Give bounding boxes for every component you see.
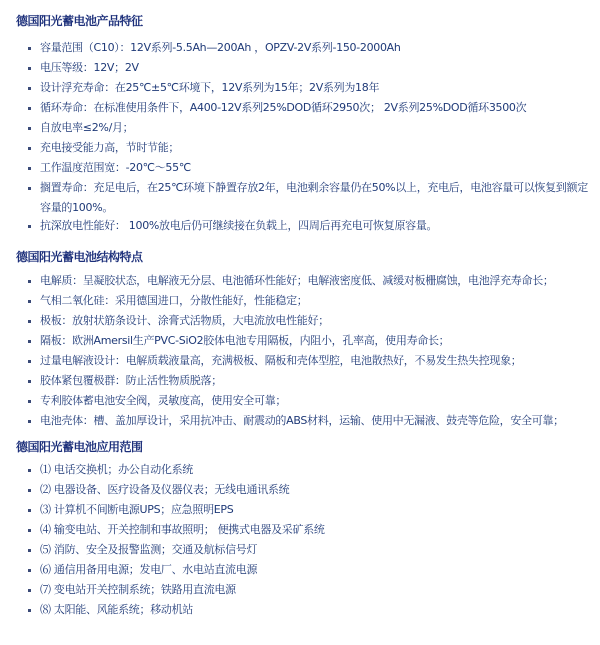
list-item: ⑹ 通信用备用电源；发电厂、水电站直流电源 — [40, 560, 592, 580]
bullet-icon — [28, 340, 31, 343]
bullet-icon — [28, 589, 31, 592]
list-item: 电压等级：12V；2V — [40, 58, 592, 78]
list-item: 电解质：呈凝胶状态，电解液无分层、电池循环性能好；电解液密度低、减缓对板栅腐蚀，… — [40, 271, 592, 291]
list-item: 过量电解液设计：电解质载液量高，充满极板、隔板和壳体型腔，电池散热好，不易发生热… — [40, 351, 592, 371]
bullet-icon — [28, 147, 31, 150]
bullet-icon — [28, 167, 31, 170]
list-item: 电池壳体：槽、盖加厚设计，采用抗冲击、耐震动的ABS材料，运输、使用中无漏液、鼓… — [40, 411, 592, 431]
bullet-icon — [28, 420, 31, 423]
bullet-icon — [28, 87, 31, 90]
list-item: ⑷ 输变电站、开关控制和事故照明； 便携式电器及采矿系统 — [40, 520, 592, 540]
list-item: 抗深放电性能好： 100%放电后仍可继续接在负载上，四周后再充电可恢复原容量。 — [40, 216, 592, 236]
list-item: 搁置寿命：充足电后，在25℃环境下静置存放2年，电池剩余容量仍在50%以上，充电… — [40, 178, 592, 218]
bullet-icon — [28, 107, 31, 110]
section-heading: 德国阳光蓄电池产品特征 — [16, 12, 143, 29]
list-item: 专利胶体蓄电池安全阀，灵敏度高，使用安全可靠； — [40, 391, 592, 411]
list-item: 隔板：欧洲Amersil生产PVC-SiO2胶体电池专用隔板，内阻小，孔率高，使… — [40, 331, 592, 351]
section-heading: 德国阳光蓄电池结构特点 — [16, 248, 143, 265]
list-item: 自放电率≤2%/月； — [40, 118, 592, 138]
list-item: 胶体紧包覆极群：防止活性物质脱落； — [40, 371, 592, 391]
bullet-icon — [28, 569, 31, 572]
list-item: ⑸ 消防、安全及报警监测；交通及航标信号灯 — [40, 540, 592, 560]
list-item: 循环寿命：在标准使用条件下，A400-12V系列25%DOD循环2950次； 2… — [40, 98, 592, 118]
section-heading: 德国阳光蓄电池应用范围 — [16, 438, 143, 455]
list-item: 容量范围（C10）：12V系列-5.5Ah—200Ah ，OPZV-2V系列-1… — [40, 38, 592, 58]
list-item: 工作温度范围宽：-20℃～55℃ — [40, 158, 592, 178]
bullet-icon — [28, 529, 31, 532]
list-item: ⑶ 计算机不间断电源UPS；应急照明EPS — [40, 500, 592, 520]
bullet-icon — [28, 47, 31, 50]
list-item: 极板：放射状筋条设计、涂膏式活物质，大电流放电性能好； — [40, 311, 592, 331]
bullet-icon — [28, 489, 31, 492]
bullet-icon — [28, 320, 31, 323]
bullet-icon — [28, 360, 31, 363]
bullet-icon — [28, 300, 31, 303]
list-item: ⑻ 太阳能、风能系统；移动机站 — [40, 600, 592, 620]
bullet-icon — [28, 67, 31, 70]
bullet-icon — [28, 509, 31, 512]
list-item: ⑵ 电器设备、医疗设备及仪器仪表；无线电通讯系统 — [40, 480, 592, 500]
list-item: 设计浮充寿命：在25℃±5℃环境下，12V系列为15年；2V系列为18年 — [40, 78, 592, 98]
bullet-icon — [28, 609, 31, 612]
list-item: ⑴ 电话交换机；办公自动化系统 — [40, 460, 592, 480]
list-item: 充电接受能力高，节时节能； — [40, 138, 592, 158]
bullet-icon — [28, 280, 31, 283]
list-item: ⑺ 变电站开关控制系统；铁路用直流电源 — [40, 580, 592, 600]
list-item: 气相二氧化硅：采用德国进口，分散性能好，性能稳定； — [40, 291, 592, 311]
bullet-icon — [28, 469, 31, 472]
bullet-icon — [28, 400, 31, 403]
bullet-icon — [28, 225, 31, 228]
bullet-icon — [28, 127, 31, 130]
bullet-icon — [28, 187, 31, 190]
bullet-icon — [28, 380, 31, 383]
bullet-icon — [28, 549, 31, 552]
